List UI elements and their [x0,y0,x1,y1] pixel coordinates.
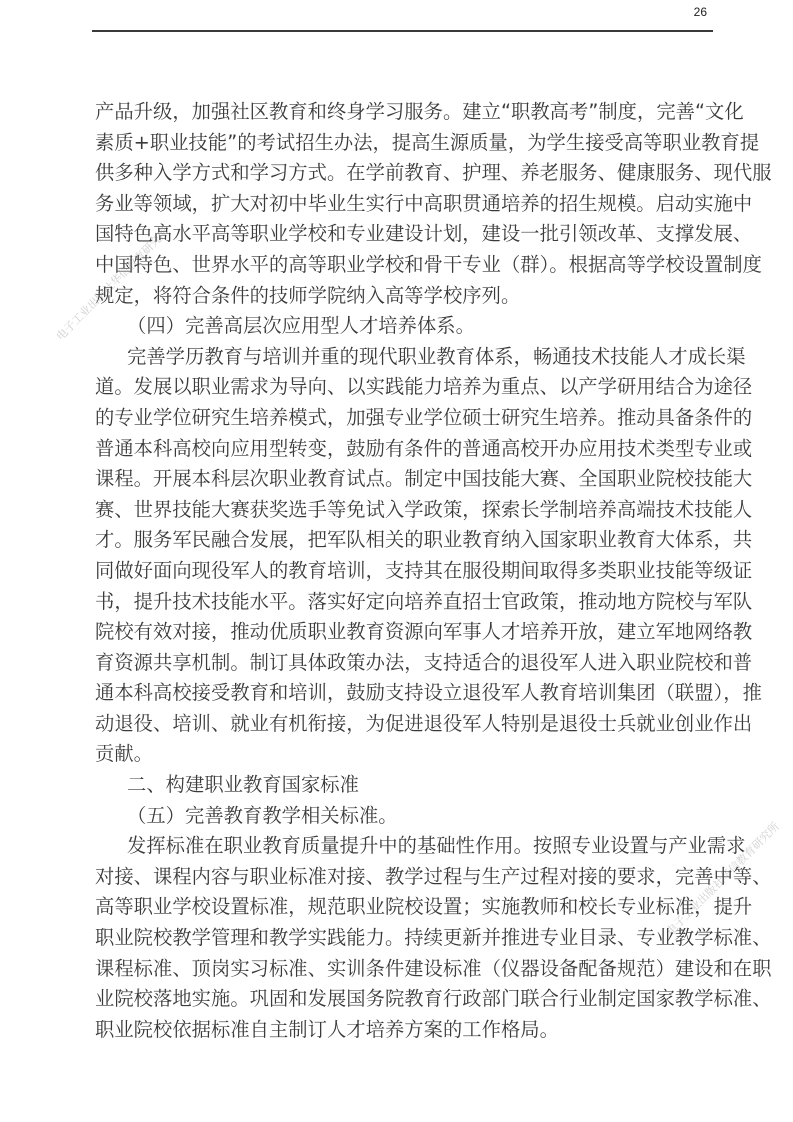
text-line: 高等职业学校设置标准，规范职业院校设置；实施教师和校长专业标准，提升 [95,892,715,923]
text-line: 书，提升技术技能水平。落实好定向培养直招士官政策，推动地方院校与军队 [95,587,715,618]
text-line: 职业院校教学管理和教学实践能力。持续更新并推进专业目录、专业教学标准、 [95,923,715,954]
text-line: 完善学历教育与培训并重的现代职业教育体系，畅通技术技能人才成长渠 [95,342,715,373]
document-body: 产品升级，加强社区教育和终身学习服务。建立“职教高考”制度，完善“文化素质+职业… [95,97,715,1045]
text-line: 发挥标准在职业教育质量提升中的基础性作用。按照专业设置与产业需求 [95,831,715,862]
text-line: 素质+职业技能”的考试招生办法，提高生源质量，为学生接受高等职业教育提 [95,128,715,159]
text-line: 普通本科高校向应用型转变，鼓励有条件的普通高校开办应用技术类型专业或 [95,434,715,465]
text-line: 同做好面向现役军人的教育培训，支持其在服役期间取得多类职业技能等级证 [95,556,715,587]
text-line: 供多种入学方式和学习方式。在学前教育、护理、养老服务、健康服务、现代服 [95,158,715,189]
text-line: 国特色高水平高等职业学校和专业建设计划，建设一批引领改革、支撑发展、 [95,219,715,250]
text-line: （五）完善教育教学相关标准。 [95,801,715,832]
text-line: 课程标准、顶岗实习标准、实训条件建设标准（仪器设备配备规范）建设和在职 [95,954,715,985]
text-line: （四）完善高层次应用型人才培养体系。 [95,311,715,342]
text-line: 院校有效对接，推动优质职业教育资源向军事人才培养开放，建立军地网络教 [95,617,715,648]
text-line: 二、构建职业教育国家标准 [95,770,715,801]
header-rule [92,30,713,32]
text-line: 赛、世界技能大赛获奖选手等免试入学政策，探索长学制培养高端技术技能人 [95,495,715,526]
text-line: 规定，将符合条件的技师学院纳入高等学校序列。 [95,281,715,312]
text-line: 育资源共享机制。制订具体政策办法，支持适合的退役军人进入职业院校和普 [95,648,715,679]
text-line: 的专业学位研究生培养模式，加强专业学位硕士研究生培养。推动具备条件的 [95,403,715,434]
text-line: 才。服务军民融合发展，把军队相关的职业教育纳入国家职业教育大体系，共 [95,525,715,556]
text-line: 务业等领域，扩大对初中毕业生实行中高职贯通培养的招生规模。启动实施中 [95,189,715,220]
text-line: 对接、课程内容与职业标准对接、教学过程与生产过程对接的要求，完善中等、 [95,862,715,893]
text-line: 动退役、培训、就业有机衔接，为促进退役军人特别是退役士兵就业创业作出 [95,709,715,740]
text-line: 课程。开展本科层次职业教育试点。制定中国技能大赛、全国职业院校技能大 [95,464,715,495]
text-line: 业院校落地实施。巩固和发展国务院教育行政部门联合行业制定国家教学标准、 [95,984,715,1015]
text-line: 贡献。 [95,739,715,770]
text-line: 职业院校依据标准自主制订人才培养方案的工作格局。 [95,1015,715,1046]
text-line: 产品升级，加强社区教育和终身学习服务。建立“职教高考”制度，完善“文化 [95,97,715,128]
text-line: 道。发展以职业需求为导向、以实践能力培养为重点、以产学研用结合为途径 [95,372,715,403]
text-line: 通本科高校接受教育和培训，鼓励支持设立退役军人教育培训集团（联盟），推 [95,678,715,709]
text-line: 中国特色、世界水平的高等职业学校和骨干专业（群）。根据高等学校设置制度 [95,250,715,281]
page-number: 26 [694,5,707,19]
